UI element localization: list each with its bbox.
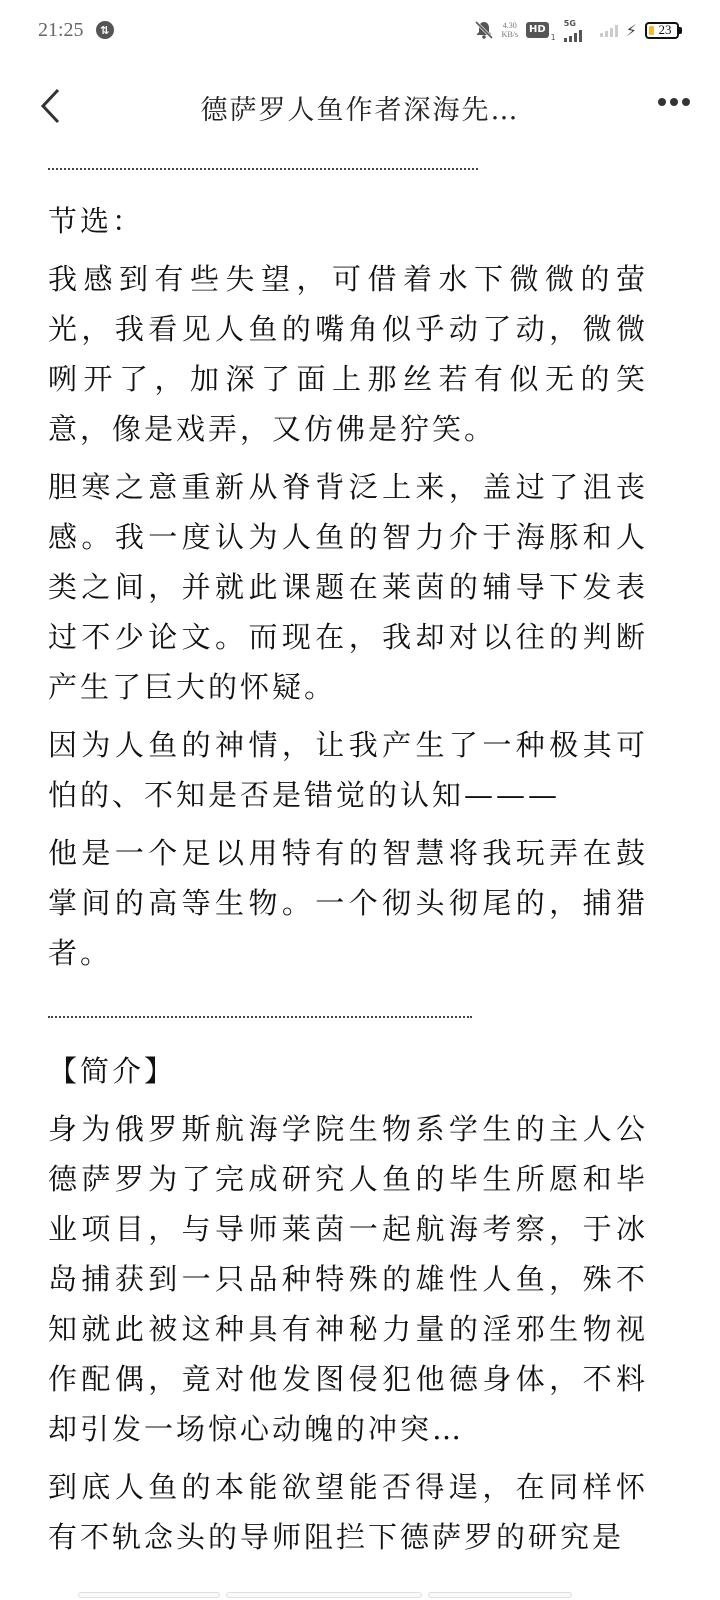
- article-content: 节选： 我感到有些失望，可借着水下微微的萤光，我看见人鱼的嘴角似乎动了动，微微咧…: [48, 150, 648, 1562]
- data-sync-icon: ⇅: [96, 21, 114, 39]
- charging-bolt-icon: ⚡: [626, 21, 637, 40]
- more-dots-icon: [658, 98, 666, 106]
- hd-sim-number: 1: [551, 33, 556, 42]
- intro-label: 【简介】: [48, 1046, 648, 1096]
- intro-paragraph: 到底人鱼的本能欲望能否得逞，在同样怀有不轨念头的导师阻拦下德萨罗的研究是: [48, 1462, 648, 1562]
- divider: [48, 1016, 472, 1018]
- intro-paragraph: 身为俄罗斯航海学院生物系学生的主人公德萨罗为了完成研究人鱼的毕生所愿和毕业项目，…: [48, 1104, 648, 1454]
- cell-signal-secondary-icon: [600, 23, 618, 37]
- back-button[interactable]: [30, 84, 70, 128]
- bell-muted-icon: [474, 20, 494, 40]
- clock: 21:25: [38, 19, 84, 42]
- signal-5g: 5G: [564, 19, 582, 42]
- battery-icon: 23: [645, 22, 682, 39]
- network-speed: 4.30 KB/s: [502, 21, 518, 39]
- hd-voice-icon: HD: [526, 22, 549, 38]
- handle-1[interactable]: [78, 1592, 220, 1598]
- excerpt-paragraph: 因为人鱼的神情，让我产生了一种极其可怕的、不知是否是错觉的认知———: [48, 720, 648, 820]
- status-left: 21:25 ⇅: [38, 19, 114, 42]
- cell-signal-icon: [564, 28, 582, 42]
- excerpt-paragraph: 我感到有些失望，可借着水下微微的萤光，我看见人鱼的嘴角似乎动了动，微微咧开了，加…: [48, 254, 648, 454]
- handle-3[interactable]: [428, 1592, 572, 1598]
- chevron-left-icon: [38, 87, 62, 125]
- excerpt-label: 节选：: [48, 196, 648, 246]
- excerpt-paragraph: 他是一个足以用特有的智慧将我玩弄在鼓掌间的高等生物。一个彻头彻尾的，捕猎者。: [48, 828, 648, 978]
- page-title: 德萨罗人鱼作者深海先…: [120, 88, 600, 127]
- more-options-button[interactable]: [656, 92, 692, 112]
- status-right: 4.30 KB/s HD 1 5G ⚡ 23: [474, 19, 682, 42]
- status-bar: 21:25 ⇅ 4.30 KB/s HD 1 5G ⚡ 23: [0, 0, 720, 60]
- excerpt-paragraph: 胆寒之意重新从脊背泛上来，盖过了沮丧感。我一度认为人鱼的智力介于海豚和人类之间，…: [48, 462, 648, 712]
- handle-2[interactable]: [226, 1592, 422, 1598]
- bottom-toolbar-handles: [78, 1592, 572, 1598]
- divider: [48, 168, 478, 170]
- nav-bar: 德萨罗人鱼作者深海先…: [0, 70, 720, 142]
- battery-fill: [649, 26, 654, 35]
- battery-level: 23: [659, 22, 672, 38]
